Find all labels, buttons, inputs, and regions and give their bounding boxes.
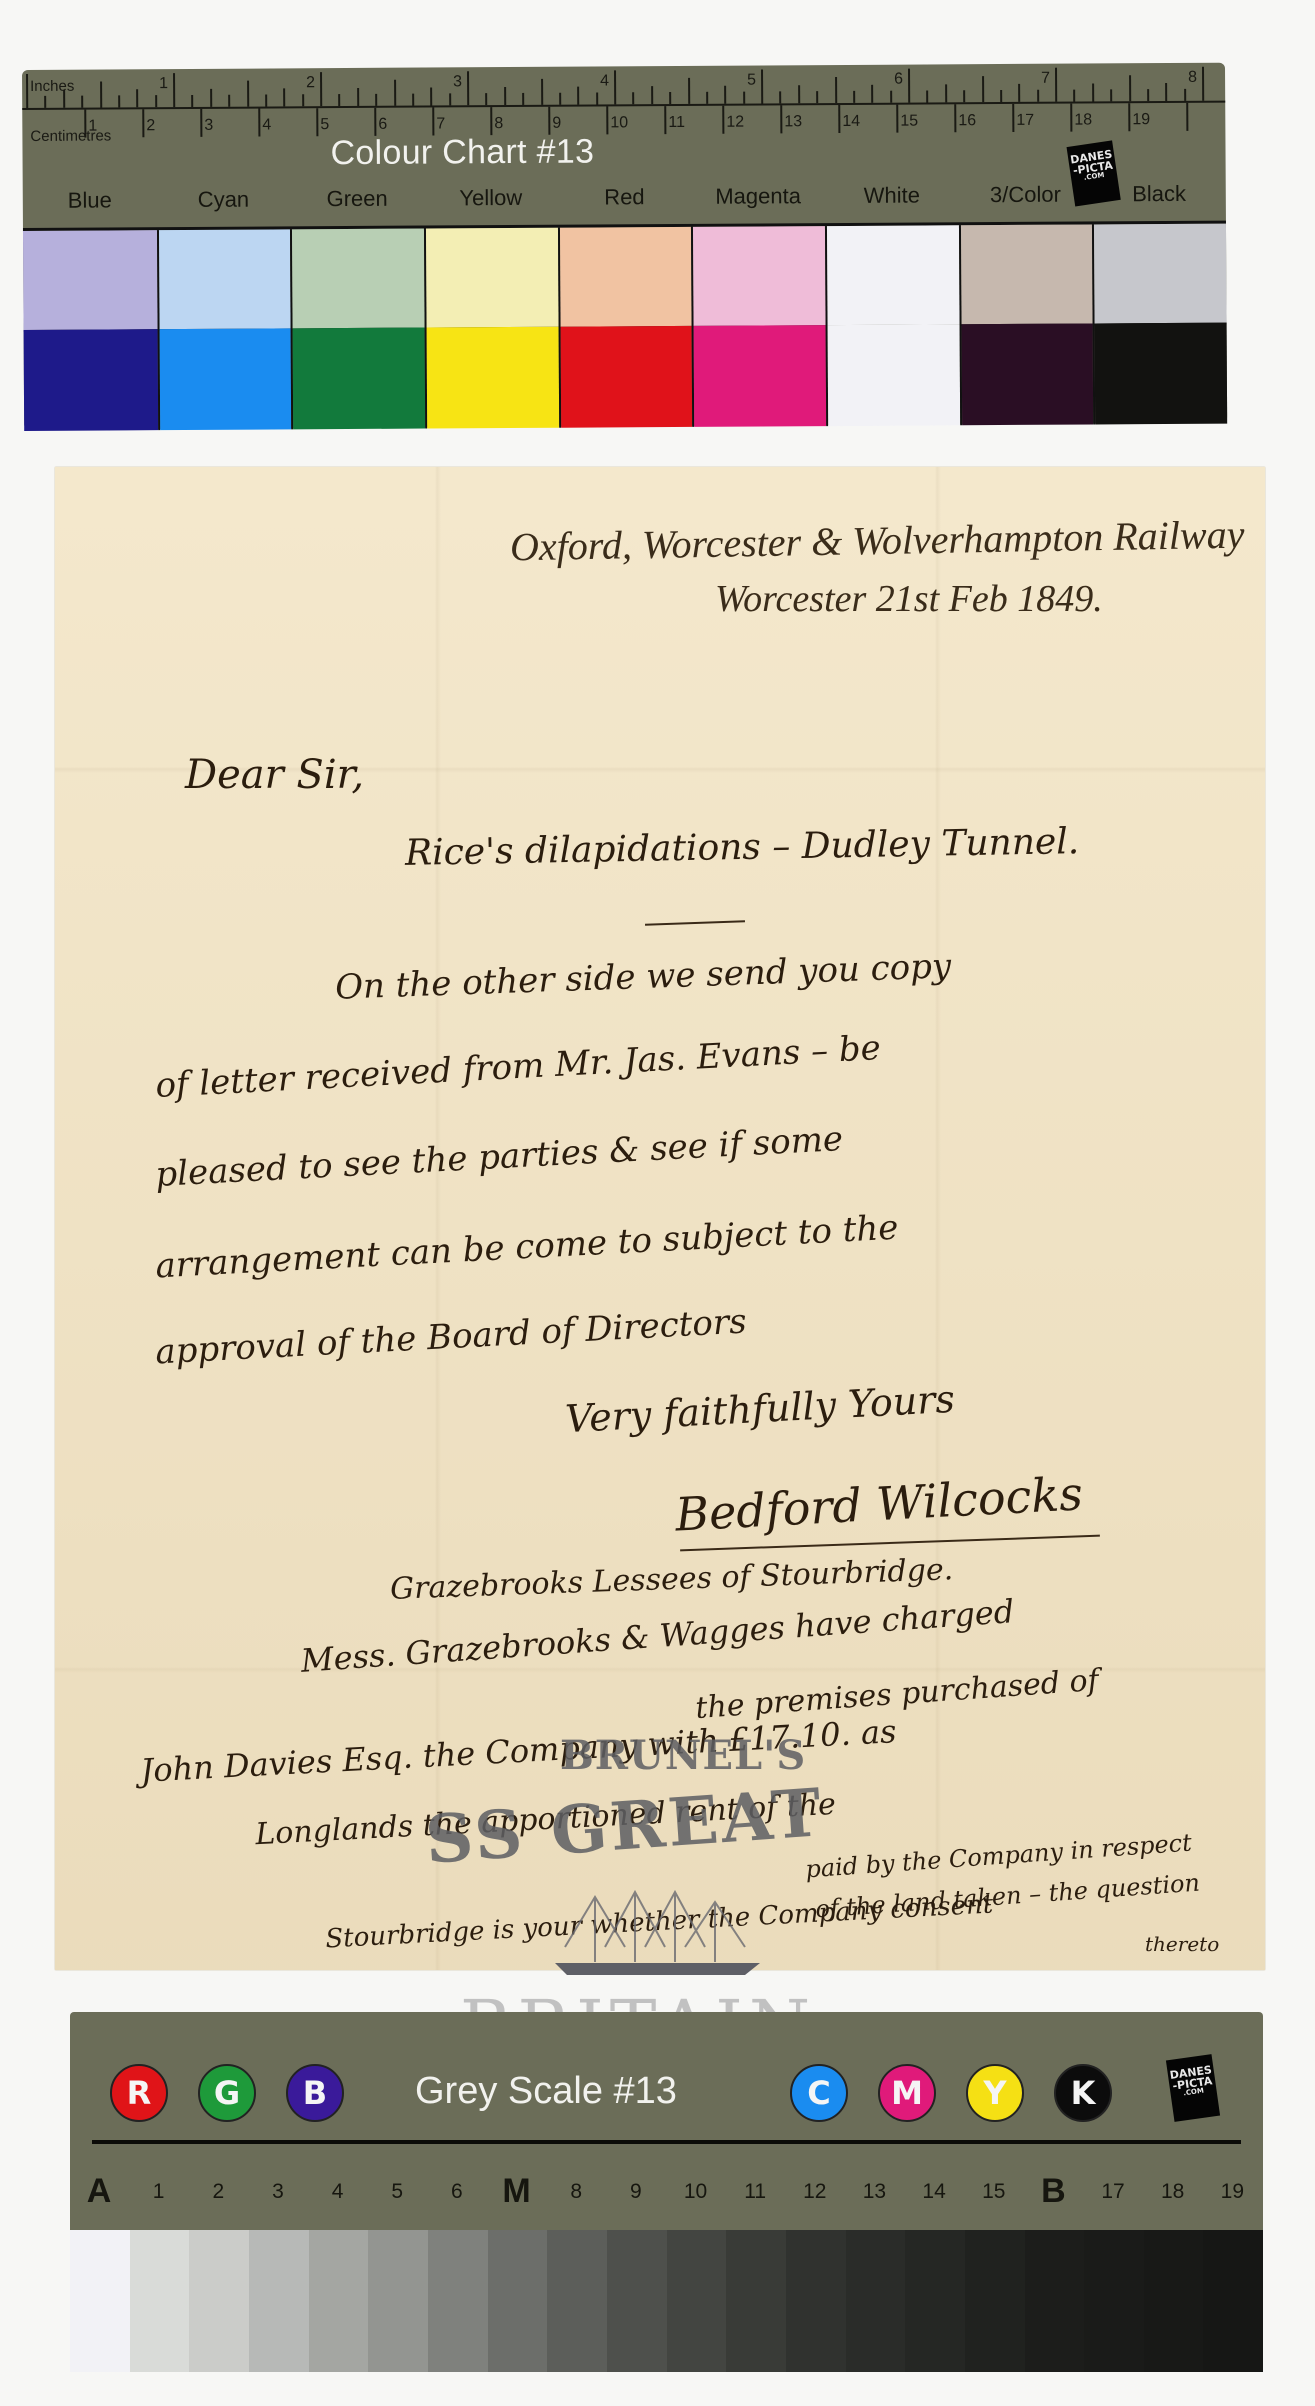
grey-patch [965, 2230, 1025, 2372]
cm-mark: 14 [842, 113, 860, 131]
inch-tick [577, 87, 579, 105]
cm-tick [490, 107, 492, 135]
inch-tick [780, 91, 782, 103]
swatch-light [23, 230, 157, 332]
grey-step-label: 5 [368, 2180, 426, 2204]
inch-tick [596, 92, 598, 104]
swatch-dark [1095, 323, 1227, 425]
subject-line: Rice's dilapidations – Dudley Tunnel. [405, 821, 1080, 874]
swatch-red [558, 227, 693, 428]
inch-tick [81, 96, 83, 108]
inch-tick [192, 95, 194, 107]
inch-tick [559, 93, 561, 105]
danes-picta-logo: DANES -PICTA .COM [1166, 2054, 1220, 2122]
cm-tick [1186, 103, 1188, 131]
inch-tick [522, 93, 524, 105]
inch-tick [982, 76, 984, 102]
postscript-line-2: the premises purchased of [694, 1663, 1099, 1726]
grey-scale-step-labels: A123456M89101112131415B171819 [70, 2172, 1263, 2222]
swatch-dark [694, 325, 826, 427]
cm-tick [84, 110, 86, 138]
cm-mark: 4 [262, 116, 271, 134]
watermark-brunels: BRUNEL'S [560, 1732, 806, 1779]
swatch-label: Red [557, 184, 691, 211]
grey-patch [368, 2230, 428, 2372]
swatch-dark [828, 324, 960, 426]
inch-mark: 2 [306, 74, 315, 92]
grey-patch [249, 2230, 309, 2372]
grey-patch [428, 2230, 488, 2372]
inch-tick [467, 71, 469, 105]
inch-tick [798, 85, 800, 103]
grey-patch [70, 2230, 130, 2372]
grey-patch [786, 2230, 846, 2372]
cm-tick [780, 105, 782, 133]
swatch-green [290, 229, 425, 430]
cm-tick [896, 105, 898, 133]
inch-tick [1055, 68, 1057, 102]
cm-mark: 2 [146, 117, 155, 135]
inch-mark: 1 [159, 75, 168, 93]
inch-tick [1110, 89, 1112, 101]
inch-tick [265, 95, 267, 107]
cm-tick [316, 108, 318, 136]
inch-tick [927, 90, 929, 102]
inch-tick [1074, 90, 1076, 102]
inch-tick [339, 94, 341, 106]
subject-underline [645, 920, 745, 925]
cm-tick [258, 109, 260, 137]
inch-tick [945, 84, 947, 102]
body-line-1: On the other side we send you copy [334, 946, 951, 1007]
grey-patch [726, 2230, 786, 2372]
swatch-label: Cyan [156, 186, 290, 213]
inch-mark: 7 [1041, 70, 1050, 88]
inch-tick [118, 95, 120, 107]
inch-tick [26, 74, 28, 108]
inch-tick [963, 90, 965, 102]
swatch-3-color [959, 224, 1094, 425]
postscript-line-8: thereto [1145, 1932, 1219, 1956]
swatch-label: Magenta [691, 183, 825, 210]
inch-tick [486, 93, 488, 105]
inch-tick [45, 96, 47, 108]
rgb-dot-b: B [286, 2064, 344, 2122]
cm-mark: 17 [1016, 112, 1034, 130]
swatch-light [560, 227, 692, 329]
swatch-magenta [691, 226, 826, 427]
inch-tick [835, 77, 837, 103]
swatch-label: Black [1092, 181, 1226, 208]
inch-tick [283, 88, 285, 106]
swatch-label: Blue [23, 187, 157, 214]
grey-scale-card: RGB Grey Scale #13 CMYK DANES -PICTA .CO… [70, 2012, 1263, 2372]
centimetres-label: Centimetres [30, 127, 111, 144]
swatch-light [292, 229, 424, 331]
swatch-light [1094, 224, 1226, 326]
inch-tick [1037, 90, 1039, 102]
grey-step-label: 11 [726, 2180, 784, 2204]
cm-mark: 7 [436, 115, 445, 133]
inch-tick [706, 92, 708, 104]
cm-mark: 10 [610, 114, 628, 132]
grey-patch [846, 2230, 906, 2372]
grey-step-label: 6 [428, 2180, 486, 2204]
inch-tick [1000, 90, 1002, 102]
grey-patch [1203, 2230, 1263, 2372]
inch-tick [100, 82, 102, 108]
swatch-label: Green [290, 186, 424, 213]
swatch-light [426, 228, 558, 330]
place-date: Worcester 21st Feb 1849. [715, 577, 1103, 621]
inch-tick [1165, 83, 1167, 101]
inch-tick [63, 90, 65, 108]
inch-tick [688, 78, 690, 104]
swatch-labels: BlueCyanGreenYellowRedMagentaWhite3/Colo… [23, 181, 1226, 222]
cmyk-dot-m: M [878, 2064, 936, 2122]
grey-patch [1144, 2230, 1204, 2372]
cm-tick [954, 104, 956, 132]
grey-step-label: M [488, 2172, 546, 2211]
cm-mark: 12 [726, 114, 744, 132]
grey-step-label: 17 [1084, 2180, 1142, 2204]
inch-tick [1129, 75, 1131, 101]
swatch-cyan [157, 229, 292, 430]
cm-mark: 9 [552, 115, 561, 133]
inch-mark: 6 [894, 71, 903, 89]
cm-tick [432, 107, 434, 135]
inch-tick [890, 91, 892, 103]
swatch-dark [159, 328, 291, 430]
cm-tick [664, 106, 666, 134]
inch-tick [853, 91, 855, 103]
inches-label: Inches [30, 78, 74, 95]
colour-chart-card: Inches Centimetres 12345678 123456789101… [22, 63, 1227, 430]
grey-step-label: 3 [249, 2180, 307, 2204]
grey-step-label: 15 [965, 2180, 1023, 2204]
ship-icon [545, 1887, 775, 1977]
inch-tick [504, 87, 506, 105]
inch-tick [228, 95, 230, 107]
grey-step-label: 1 [130, 2180, 188, 2204]
swatch-dark [24, 329, 158, 431]
cm-mark: 19 [1132, 111, 1150, 129]
cm-mark: 6 [378, 116, 387, 134]
rgb-dot-r: R [110, 2064, 168, 2122]
grey-step-label: 4 [309, 2180, 367, 2204]
cm-mark: 5 [320, 116, 329, 134]
cm-mark: 8 [494, 115, 503, 133]
swatch-dark [293, 328, 425, 430]
grey-step-label: A [70, 2172, 128, 2211]
inch-tick [136, 89, 138, 107]
watermark-ss-great: SS GREAT [423, 1773, 827, 1879]
inch-tick [173, 73, 175, 107]
grey-scale-divider [92, 2140, 1241, 2144]
grey-step-label: 14 [905, 2180, 963, 2204]
inch-tick [743, 92, 745, 104]
cm-tick [1070, 104, 1072, 132]
grey-patch [905, 2230, 965, 2372]
swatch-label: Yellow [424, 185, 558, 212]
inch-tick [1018, 84, 1020, 102]
inch-tick [1147, 89, 1149, 101]
swatch-light [159, 229, 291, 331]
grey-step-label: 10 [667, 2180, 725, 2204]
grey-patch [607, 2230, 667, 2372]
inch-tick [449, 93, 451, 105]
body-line-4: arrangement can be come to subject to th… [154, 1208, 899, 1287]
inch-tick [155, 95, 157, 107]
swatch-white [825, 225, 960, 426]
inch-tick [430, 87, 432, 105]
rgb-dot-g: G [198, 2064, 256, 2122]
cm-tick [1012, 104, 1014, 132]
cm-mark: 16 [958, 112, 976, 130]
inch-tick [614, 70, 616, 104]
cm-mark: 3 [204, 117, 213, 135]
cm-mark: 11 [668, 114, 685, 132]
cm-tick [1128, 103, 1130, 131]
swatch-light [827, 225, 959, 325]
swatch-light [693, 226, 825, 328]
cmyk-dot-k: K [1054, 2064, 1112, 2122]
inch-tick [651, 86, 653, 104]
swatch-dark [961, 323, 1093, 425]
colour-chart-title: Colour Chart #13 [330, 133, 594, 174]
swatch-light [961, 224, 1093, 326]
cm-tick [606, 106, 608, 134]
cm-tick [722, 106, 724, 134]
swatch-label: White [825, 182, 959, 209]
ruler-baseline [22, 101, 1225, 110]
grey-step-label: 8 [547, 2180, 605, 2204]
grey-patch [130, 2230, 190, 2372]
inch-tick [908, 69, 910, 103]
inch-tick [247, 81, 249, 107]
inch-tick [724, 86, 726, 104]
grey-step-label: B [1024, 2172, 1082, 2211]
grey-step-label: 9 [607, 2180, 665, 2204]
grey-patch [189, 2230, 249, 2372]
cm-tick [374, 108, 376, 136]
inch-tick [633, 92, 635, 104]
letterhead: Oxford, Worcester & Wolverhampton Railwa… [510, 511, 1245, 571]
grey-step-label: 19 [1203, 2180, 1261, 2204]
inch-tick [357, 88, 359, 106]
grey-patch [1025, 2230, 1085, 2372]
inch-tick [394, 80, 396, 106]
cm-mark: 18 [1074, 111, 1092, 129]
grey-step-label: 12 [786, 2180, 844, 2204]
salutation: Dear Sir, [185, 752, 364, 798]
inch-tick [761, 69, 763, 103]
closing: Very faithfully Yours [564, 1377, 956, 1441]
inch-tick [816, 91, 818, 103]
grey-patch [309, 2230, 369, 2372]
body-line-5: approval of the Board of Directors [154, 1302, 747, 1373]
body-line-2: of letter received from Mr. Jas. Evans –… [154, 1028, 881, 1106]
grey-patch [1084, 2230, 1144, 2372]
inch-mark: 8 [1188, 69, 1197, 87]
cm-tick [838, 105, 840, 133]
postscript-heading: Grazebrooks Lessees of Stourbridge. [390, 1552, 954, 1607]
inch-tick [871, 85, 873, 103]
grey-step-label: 2 [189, 2180, 247, 2204]
inch-mark: 4 [600, 72, 609, 90]
signature: Bedford Wilcocks [674, 1466, 1084, 1541]
inch-tick [669, 92, 671, 104]
cm-mark: 15 [900, 113, 918, 131]
cm-mark: 1 [88, 118, 97, 136]
cmyk-dot-c: C [790, 2064, 848, 2122]
inch-tick [320, 72, 322, 106]
cm-tick [548, 107, 550, 135]
inch-tick [541, 79, 543, 105]
body-line-3: pleased to see the parties & see if some [154, 1119, 844, 1195]
grey-patch [488, 2230, 548, 2372]
cm-mark: 13 [784, 113, 802, 131]
grey-step-label: 18 [1144, 2180, 1202, 2204]
swatch-yellow [424, 228, 559, 429]
swatch-dark [560, 326, 692, 428]
inch-tick [375, 94, 377, 106]
inch-tick [1202, 67, 1204, 101]
inch-mark: 3 [453, 73, 462, 91]
grey-patch [667, 2230, 727, 2372]
inch-tick [210, 89, 212, 107]
inch-tick [412, 94, 414, 106]
inch-tick [1092, 83, 1094, 101]
cmyk-dot-y: Y [966, 2064, 1024, 2122]
grey-scale-title: Grey Scale #13 [415, 2070, 677, 2113]
letter-sheet: Oxford, Worcester & Wolverhampton Railwa… [55, 467, 1265, 1970]
inch-tick [1184, 89, 1186, 101]
swatch-label: 3/Color [958, 181, 1092, 208]
cm-tick [142, 109, 144, 137]
swatch-black [1092, 224, 1227, 425]
swatch-dark [427, 327, 559, 429]
grey-step-label: 13 [845, 2180, 903, 2204]
colour-swatches [23, 221, 1227, 431]
inch-mark: 5 [747, 72, 756, 90]
ruler: Inches Centimetres 12345678 123456789101… [22, 63, 1226, 180]
cm-tick [200, 109, 202, 137]
inch-tick [302, 94, 304, 106]
swatch-blue [23, 230, 158, 431]
grey-patch [547, 2230, 607, 2372]
grey-scale-strip [70, 2230, 1263, 2372]
